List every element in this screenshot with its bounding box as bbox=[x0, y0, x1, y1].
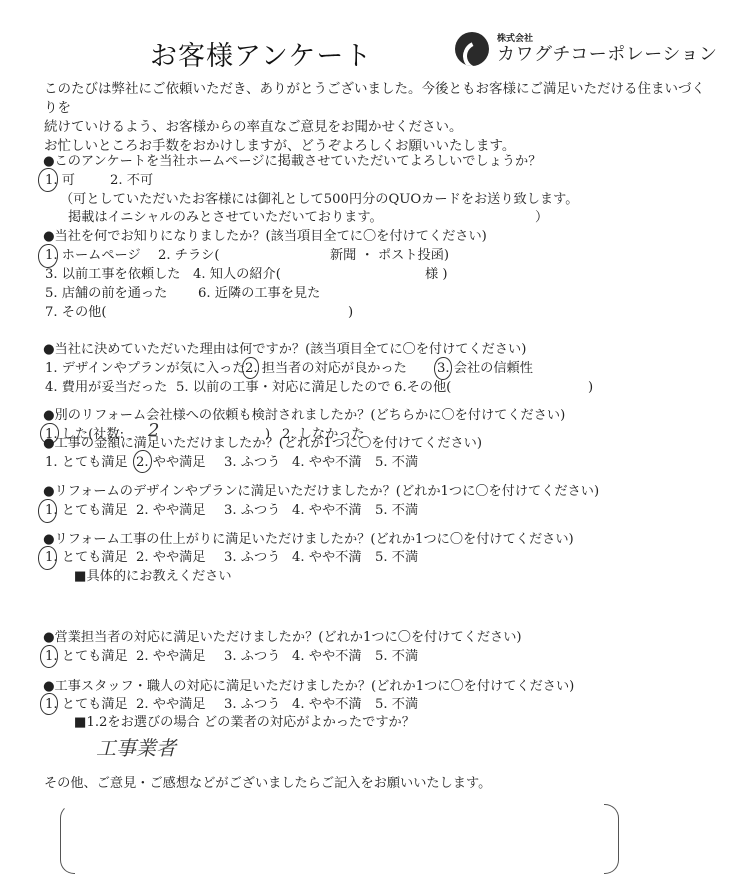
company-name: カワグチコーポレーション bbox=[497, 46, 718, 64]
q9-option-2[interactable]: 2. やや満足 bbox=[136, 695, 206, 714]
q3-option-2[interactable]: 2. 担当者の対応が良かった bbox=[245, 359, 407, 378]
q2-option-3[interactable]: 3. 以前工事を依頼した bbox=[45, 265, 180, 284]
q7-option-3[interactable]: 3. ふつう bbox=[224, 548, 280, 567]
q7-option-2[interactable]: 2. やや満足 bbox=[136, 548, 206, 567]
q5-option-2[interactable]: 2. やや満足 bbox=[136, 453, 206, 472]
q9-question: ●工事スタッフ・職人の対応に満足いただけましたか？(どれか1つに〇を付けてくださ… bbox=[43, 677, 574, 696]
q7-question: ●リフォーム工事の仕上がりに満足いただけましたか？(どれか1つに〇を付けてくださ… bbox=[43, 530, 574, 549]
q3-option-4[interactable]: 4. 費用が妥当だった bbox=[45, 378, 167, 397]
q9-option-3[interactable]: 3. ふつう bbox=[224, 695, 280, 714]
q1-question: ●このアンケートを当社ホームページに掲載させていただいてよろしいでしょうか？ bbox=[43, 152, 541, 171]
q6-option-5[interactable]: 5. 不満 bbox=[375, 501, 418, 520]
q7-sub-prompt: ■具体的にお教えください bbox=[74, 567, 232, 586]
q2-option-5[interactable]: 5. 店舗の前を通った bbox=[45, 284, 167, 303]
q1-option-2[interactable]: 2. 不可 bbox=[110, 171, 153, 190]
q5-option-4[interactable]: 4. やや不満 bbox=[292, 453, 362, 472]
q8-question: ●営業担当者の対応に満足いただけましたか？(どれか1つに〇を付けてください) bbox=[43, 628, 522, 647]
q3-option-6[interactable]: 6.その他( bbox=[394, 378, 451, 397]
intro-line-2: 続けていけるよう、お客様からの率直なご意見をお聞かせください。 bbox=[44, 118, 714, 137]
q3-option-6-close: ) bbox=[588, 378, 593, 397]
q8-option-5[interactable]: 5. 不満 bbox=[375, 647, 418, 666]
q1-note-1: （可としていただいたお客様には御礼として500円分のQUOカードをお送り致します… bbox=[60, 190, 578, 209]
q9-option-4[interactable]: 4. やや不満 bbox=[292, 695, 362, 714]
q9-option-1[interactable]: 1. とても満足 bbox=[45, 695, 128, 714]
q6-option-3[interactable]: 3. ふつう bbox=[224, 501, 280, 520]
q8-option-1[interactable]: 1. とても満足 bbox=[45, 647, 128, 666]
comments-prompt: その他、ご意見・ご感想などがございましたらご記入をお願いいたします。 bbox=[44, 774, 491, 793]
q7-option-4[interactable]: 4. やや不満 bbox=[292, 548, 362, 567]
q4-question: ●別のリフォーム会社様への依頼も検討されましたか？(どちらかに〇を付けてください… bbox=[43, 406, 565, 425]
q9-handwritten-answer[interactable]: 工事業者 bbox=[96, 732, 176, 761]
q5-option-1[interactable]: 1. とても満足 bbox=[45, 453, 128, 472]
q9-option-5[interactable]: 5. 不満 bbox=[375, 695, 418, 714]
page-title: お客様アンケート bbox=[150, 34, 372, 73]
company-logo: 株式会社 カワグチコーポレーション bbox=[455, 32, 718, 66]
q2-option-4-suffix: 様 ) bbox=[425, 265, 448, 284]
q6-question: ●リフォームのデザインやプランに満足いただけましたか？(どれか1つに〇を付けてく… bbox=[43, 482, 599, 501]
q2-option-6[interactable]: 6. 近隣の工事を見た bbox=[198, 284, 320, 303]
q2-option-7[interactable]: 7. その他( bbox=[45, 303, 106, 322]
q2-option-2-detail[interactable]: 新聞 ・ ポスト投函) bbox=[330, 246, 449, 265]
q3-question: ●当社に決めていただいた理由は何ですか？(該当項目全てに〇を付けてください) bbox=[43, 340, 526, 359]
q2-option-4[interactable]: 4. 知人の紹介( bbox=[193, 265, 281, 284]
q6-option-4[interactable]: 4. やや不満 bbox=[292, 501, 362, 520]
q2-option-1[interactable]: 1. ホームページ bbox=[45, 246, 141, 265]
q1-selection-circle bbox=[38, 168, 58, 192]
intro-line-1: このたびは弊社にご依頼いただき、ありがとうございました。今後ともお客様にご満足い… bbox=[44, 80, 714, 118]
q6-option-2[interactable]: 2. やや満足 bbox=[136, 501, 206, 520]
q3-option-3[interactable]: 3. 会社の信頼性 bbox=[437, 359, 533, 378]
q2-option-2[interactable]: 2. チラシ( bbox=[158, 246, 219, 265]
q8-option-3[interactable]: 3. ふつう bbox=[224, 647, 280, 666]
comments-bracket-right bbox=[604, 804, 619, 874]
company-prefix: 株式会社 bbox=[497, 35, 718, 44]
q1-note-close: ） bbox=[535, 208, 548, 227]
q5-option-5[interactable]: 5. 不満 bbox=[375, 453, 418, 472]
q9-sub-prompt: ■1.2をお選びの場合 どの業者の対応がよかったですか？ bbox=[74, 713, 415, 732]
q5-question: ●工事の金額に満足いただけましたか？(どれか1つに〇を付けてください) bbox=[43, 434, 482, 453]
q7-option-5[interactable]: 5. 不満 bbox=[375, 548, 418, 567]
comments-field[interactable] bbox=[80, 808, 600, 868]
q6-option-1[interactable]: 1. とても満足 bbox=[45, 501, 128, 520]
q1-note-2: 掲載はイニシャルのみとさせていただいております。 bbox=[68, 208, 383, 227]
q8-option-4[interactable]: 4. やや不満 bbox=[292, 647, 362, 666]
intro-text: このたびは弊社にご依頼いただき、ありがとうございました。今後ともお客様にご満足い… bbox=[44, 80, 714, 156]
q5-option-3[interactable]: 3. ふつう bbox=[224, 453, 280, 472]
q2-option-7-close: ) bbox=[348, 303, 353, 322]
q2-question: ●当社を何でお知りになりましたか？(該当項目全てに〇を付けてください) bbox=[43, 227, 487, 246]
q8-option-2[interactable]: 2. やや満足 bbox=[136, 647, 206, 666]
logo-mark-icon bbox=[455, 32, 489, 66]
q3-option-5[interactable]: 5. 以前の工事・対応に満足したので bbox=[176, 378, 391, 397]
q7-option-1[interactable]: 1. とても満足 bbox=[45, 548, 128, 567]
comments-bracket-left bbox=[60, 804, 75, 874]
q3-option-1[interactable]: 1. デザインやプランが気に入った bbox=[45, 359, 245, 378]
